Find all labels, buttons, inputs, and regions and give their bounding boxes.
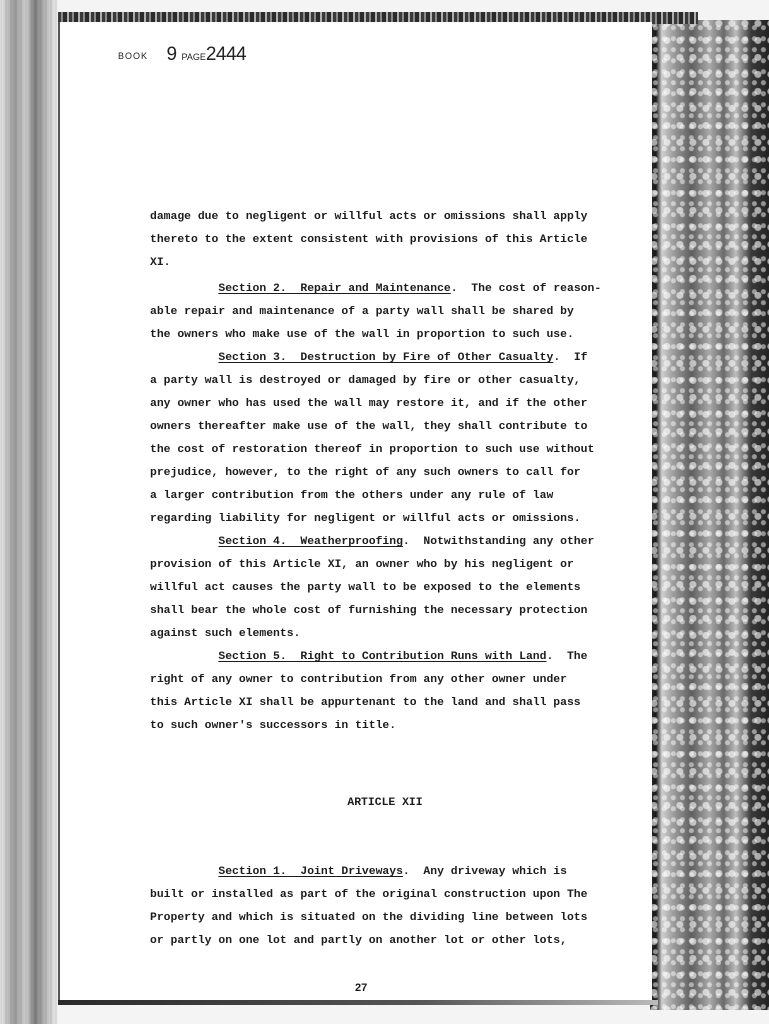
text-line: against such elements. <box>150 623 620 646</box>
document-body: damage due to negligent or willful acts … <box>150 160 620 976</box>
page-reference: 2444 <box>206 44 246 65</box>
section-title: Section 3. Destruction by Fire of Other … <box>218 352 553 364</box>
text-line: Section 4. Weatherproofing. Notwithstand… <box>150 531 620 554</box>
text-line: built or installed as part of the origin… <box>150 884 620 907</box>
scan-left-border <box>0 0 58 1024</box>
body-paragraphs: damage due to negligent or willful acts … <box>150 206 620 738</box>
text-line: XI. <box>150 252 620 275</box>
text-line: shall bear the whole cost of furnishing … <box>150 600 620 623</box>
text-line: a larger contribution from the others un… <box>150 485 620 508</box>
text-line: damage due to negligent or willful acts … <box>150 206 620 229</box>
text-line: right of any owner to contribution from … <box>150 669 620 692</box>
section-title: Section 1. Joint Driveways <box>218 866 403 878</box>
text-line: Section 2. Repair and Maintenance. The c… <box>150 278 620 301</box>
text-line: owners thereafter make use of the wall, … <box>150 416 620 439</box>
text-line: the owners who make use of the wall in p… <box>150 324 620 347</box>
text-line: willful act causes the party wall to be … <box>150 577 620 600</box>
page-number: 27 <box>355 982 367 994</box>
article-paragraphs: Section 1. Joint Driveways. Any driveway… <box>150 861 620 953</box>
text-line: or partly on one lot and partly on anoth… <box>150 930 620 953</box>
book-number: 9 <box>166 44 177 65</box>
article-heading: ARTICLE XII <box>150 792 620 815</box>
section-title: Section 2. Repair and Maintenance <box>218 283 450 295</box>
book-prefix: BOOK <box>118 51 148 61</box>
text-line: Property and which is situated on the di… <box>150 907 620 930</box>
text-line: prejudice, however, to the right of any … <box>150 462 620 485</box>
text-line: any owner who has used the wall may rest… <box>150 393 620 416</box>
text-line: Section 5. Right to Contribution Runs wi… <box>150 646 620 669</box>
section-title: Section 4. Weatherproofing <box>218 536 403 548</box>
section-title: Section 5. Right to Contribution Runs wi… <box>218 651 546 663</box>
text-line: provision of this Article XI, an owner w… <box>150 554 620 577</box>
text-line: a party wall is destroyed or damaged by … <box>150 370 620 393</box>
scan-bottom-border <box>58 1000 658 1005</box>
text-line: to such owner's successors in title. <box>150 715 620 738</box>
text-line: thereto to the extent consistent with pr… <box>150 229 620 252</box>
scan-right-border <box>650 20 769 1010</box>
text-line: able repair and maintenance of a party w… <box>150 301 620 324</box>
text-line: Section 3. Destruction by Fire of Other … <box>150 347 620 370</box>
text-line: regarding liability for negligent or wil… <box>150 508 620 531</box>
page-label: PAGE <box>182 52 206 62</box>
text-line: the cost of restoration thereof in propo… <box>150 439 620 462</box>
book-page-stamp: BOOK 9 PAGE2444 <box>118 44 246 66</box>
text-line: this Article XI shall be appurtenant to … <box>150 692 620 715</box>
text-line: Section 1. Joint Driveways. Any driveway… <box>150 861 620 884</box>
